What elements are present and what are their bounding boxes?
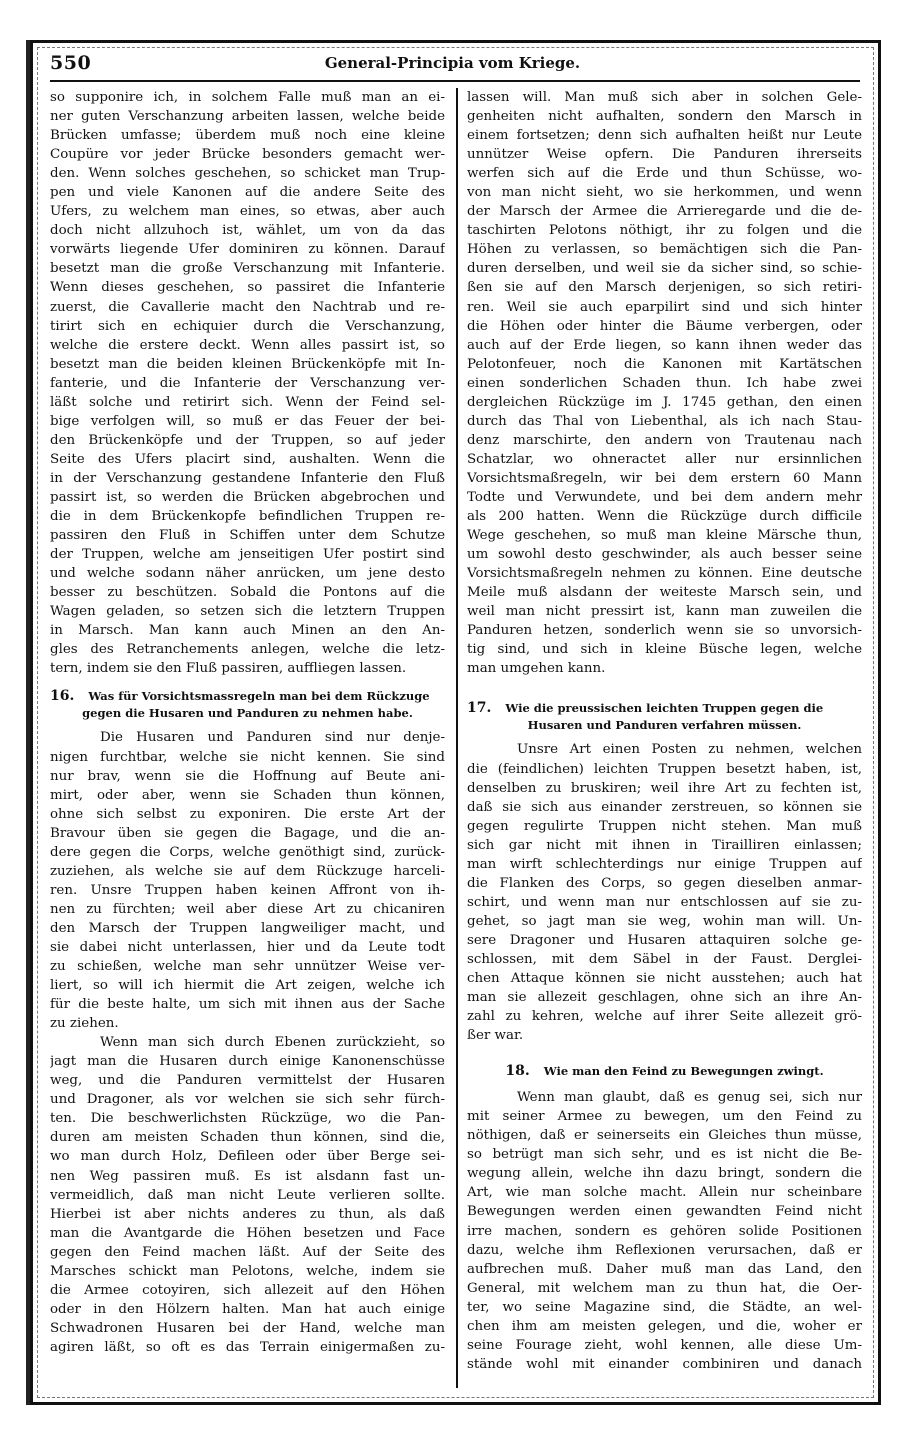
text-line: sich gar nicht mit ihnen in Tirailliren … xyxy=(467,836,862,855)
text-line: welche die erstere deckt. Wenn alles pas… xyxy=(50,336,445,355)
text-line: Wenn dieses geschehen, so passiret die I… xyxy=(50,278,445,297)
text-line: zu schießen, welche man sehr unnützer We… xyxy=(50,957,445,976)
text-line: doch nicht allzuhoch ist, wählet, um von… xyxy=(50,221,445,240)
text-line: zuziehen, als welche sie auf dem Rückzug… xyxy=(50,862,445,881)
text-line: den Brückenköpfe und der Truppen, so auf… xyxy=(50,431,445,450)
text-line: tern, indem sie den Fluß passiren, auffl… xyxy=(50,659,445,678)
section-title: Wie man den Feind zu Bewegungen zwingt. xyxy=(544,1064,824,1078)
paragraph: lassen will. Man muß sich aber in solche… xyxy=(467,88,862,678)
text-line: Bravour üben sie gegen die Bagage, und d… xyxy=(50,824,445,843)
text-line: gehet, so jagt man sie weg, wohin man wi… xyxy=(467,912,862,931)
text-line: Pelotonfeuer, noch die Kanonen mit Kartä… xyxy=(467,355,862,374)
text-line: besetzt man die beiden kleinen Brückenkö… xyxy=(50,355,445,374)
text-line: für die beste halte, um sich mit ihnen a… xyxy=(50,995,445,1014)
text-line: einen sonderlichen Schaden thun. Ich hab… xyxy=(467,374,862,393)
text-line: weil man nicht pressirt ist, kann man zu… xyxy=(467,602,862,621)
section-number: 17. xyxy=(467,700,491,716)
text-line: seine Fourage zieht, wohl kennen, alle d… xyxy=(467,1336,862,1355)
text-line: dergleichen Rückzüge im J. 1745 gethan, … xyxy=(467,393,862,412)
text-line: in Marsch. Man kann auch Minen an den An… xyxy=(50,621,445,640)
text-line: man sie allezeit geschlagen, ohne sich a… xyxy=(467,988,862,1007)
text-line: Bewegungen werden einen gewandten Feind … xyxy=(467,1202,862,1221)
text-line: man wirft schlechterdings nur einige Tru… xyxy=(467,855,862,874)
text-line: fanterie, und die Infanterie der Verscha… xyxy=(50,374,445,393)
text-line: chen ihm am meisten gelegen, und die, wo… xyxy=(467,1317,862,1336)
text-line: Art, wie man solche macht. Allein nur sc… xyxy=(467,1183,862,1202)
text-line: mit seiner Armee zu bewegen, um den Fein… xyxy=(467,1107,862,1126)
text-line: chen Attaque können sie nicht ausstehen;… xyxy=(467,969,862,988)
text-line: ßer war. xyxy=(467,1026,862,1045)
text-line: dere gegen die Corps, welche genöthigt s… xyxy=(50,843,445,862)
text-line: Meile muß alsdann der weiteste Marsch se… xyxy=(467,583,862,602)
text-line: Wagen geladen, so setzen sich die letzte… xyxy=(50,602,445,621)
section-title-line: Wie die preussischen leichten Truppen ge… xyxy=(505,701,823,715)
text-line: die in dem Brückenkopfe befindlichen Tru… xyxy=(50,507,445,526)
text-line: der Truppen, welche am jenseitigen Ufer … xyxy=(50,545,445,564)
text-line: zuerst, die Cavallerie macht den Nachtra… xyxy=(50,298,445,317)
section-heading-18: 18. Wie man den Feind zu Bewegungen zwin… xyxy=(467,1063,862,1080)
text-line: einem fortsetzen; denn sich aufhalten he… xyxy=(467,126,862,145)
text-line: genheiten nicht aufhalten, sondern den M… xyxy=(467,107,862,126)
text-line: liert, so will ich hiermit die Art zeige… xyxy=(50,976,445,995)
text-line: sere Dragoner und Husaren attaquiren sol… xyxy=(467,931,862,950)
text-line: denselben zu bruskiren; weil ihre Art zu… xyxy=(467,779,862,798)
text-line: um sowohl desto geschwinder, als auch be… xyxy=(467,545,862,564)
text-line: gegen den Feind machen läßt. Auf der Sei… xyxy=(50,1243,445,1262)
text-line: Hierbei ist aber nichts anderes zu thun,… xyxy=(50,1205,445,1224)
text-columns: so supponire ich, in solchem Falle muß m… xyxy=(50,88,860,1388)
text-line: gles des Retranchements anlegen, welche … xyxy=(50,640,445,659)
header-rule xyxy=(50,80,860,82)
text-line: Höhen zu verlassen, so bemächtigen sich … xyxy=(467,240,862,259)
text-line: oder in den Hölzern halten. Man hat auch… xyxy=(50,1300,445,1319)
page-header: 550 General-Principia vom Kriege. xyxy=(50,52,855,78)
running-title: General-Principia vom Kriege. xyxy=(50,54,855,72)
paragraph: so supponire ich, in solchem Falle muß m… xyxy=(50,88,445,678)
text-line: General, mit welchem man zu thun hat, di… xyxy=(467,1279,862,1298)
text-line: vorwärts liegende Ufer dominiren zu könn… xyxy=(50,240,445,259)
text-line: mirt, oder aber, wenn sie Schaden thun k… xyxy=(50,786,445,805)
text-line: nur brav, wenn sie die Hoffnung auf Beut… xyxy=(50,767,445,786)
paragraph: Die Husaren und Panduren sind nur denje-… xyxy=(50,728,445,1033)
text-line: Ufers, zu welchem man eines, so etwas, a… xyxy=(50,202,445,221)
text-line: Seite des Ufers placirt sind, aushalten.… xyxy=(50,450,445,469)
text-line: auch auf der Erde liegen, so kann ihnen … xyxy=(467,336,862,355)
text-line: Wenn man glaubt, daß es genug sei, sich … xyxy=(467,1088,862,1107)
text-line: ren. Unsre Truppen haben keinen Affront … xyxy=(50,881,445,900)
text-line: von man nicht sieht, wo sie herkommen, u… xyxy=(467,183,862,202)
text-line: passiren den Fluß in Schiffen unter dem … xyxy=(50,526,445,545)
text-line: taschirten Pelotons nöthigt, ihr zu folg… xyxy=(467,221,862,240)
text-line: die Armee cotoyiren, sich allezeit auf d… xyxy=(50,1281,445,1300)
paragraph: Unsre Art einen Posten zu nehmen, welche… xyxy=(467,740,862,1045)
text-line: wegung allein, welche ihn dazu bringt, s… xyxy=(467,1164,862,1183)
text-line: irre machen, sondern es gehören solide P… xyxy=(467,1222,862,1241)
text-line: wo man durch Holz, Defileen oder über Be… xyxy=(50,1147,445,1166)
text-line: daß sie sich aus einander zerstreuen, so… xyxy=(467,798,862,817)
left-column: so supponire ich, in solchem Falle muß m… xyxy=(50,88,445,1357)
text-line: Todte und Verwundete, und bei dem andern… xyxy=(467,488,862,507)
text-line: so betrügt man sich sehr, und es ist nic… xyxy=(467,1145,862,1164)
text-line: schlossen, mit dem Säbel in der Faust. D… xyxy=(467,950,862,969)
text-line: werfen sich auf die Erde und thun Schüss… xyxy=(467,164,862,183)
text-line: aufbrechen muß. Daher muß man das Land, … xyxy=(467,1260,862,1279)
text-line: Coupüre vor jeder Brücke besonders gemac… xyxy=(50,145,445,164)
text-line: die Flanken des Corps, so gegen dieselbe… xyxy=(467,874,862,893)
text-line: nigen furchtbar, welche sie nicht kennen… xyxy=(50,748,445,767)
section-title-line: gegen die Husaren und Panduren zu nehmen… xyxy=(50,705,445,722)
text-line: weg, und die Panduren vermittelst der Hu… xyxy=(50,1071,445,1090)
paragraph: Wenn man sich durch Ebenen zurückzieht, … xyxy=(50,1033,445,1357)
text-line: tig sind, und sich in kleine Büsche lege… xyxy=(467,640,862,659)
text-line: als 200 hatten. Wenn die Rückzüge durch … xyxy=(467,507,862,526)
section-number: 18. xyxy=(505,1063,529,1079)
text-line: zu ziehen. xyxy=(50,1014,445,1033)
text-line: die (feindlichen) leichten Truppen beset… xyxy=(467,760,862,779)
text-line: ßen sie auf den Marsch derjenigen, so si… xyxy=(467,278,862,297)
section-heading-17: 17. Wie die preussischen leichten Truppe… xyxy=(467,700,862,734)
section-number: 16. xyxy=(50,688,74,704)
text-line: den. Wenn solches geschehen, so schicket… xyxy=(50,164,445,183)
text-line: Wenn man sich durch Ebenen zurückzieht, … xyxy=(50,1033,445,1052)
text-line: Brücken umfasse; überdem muß noch eine k… xyxy=(50,126,445,145)
text-line: Unsre Art einen Posten zu nehmen, welche… xyxy=(467,740,862,759)
section-heading-16: 16. Was für Vorsichtsmassregeln man bei … xyxy=(50,688,445,722)
text-line: ren. Weil sie auch eparpilirt sind und s… xyxy=(467,298,862,317)
text-line: besetzt man die große Verschanzung mit I… xyxy=(50,259,445,278)
text-line: Vorsichtsmaßregeln nehmen zu können. Ein… xyxy=(467,564,862,583)
text-line: ten. Die beschwerlichsten Rückzüge, wo d… xyxy=(50,1109,445,1128)
text-line: schirt, und wenn man nur entschlossen au… xyxy=(467,893,862,912)
text-line: Panduren hetzen, sonderlich wenn sie so … xyxy=(467,621,862,640)
text-line: und Dragoner, als vor welchen sie sich s… xyxy=(50,1090,445,1109)
text-line: ter, wo seine Magazine sind, die Städte,… xyxy=(467,1298,862,1317)
text-line: den Marsch der Truppen langweiliger mach… xyxy=(50,919,445,938)
text-line: ner guten Verschanzung arbeiten lassen, … xyxy=(50,107,445,126)
text-line: pen und viele Kanonen auf die andere Sei… xyxy=(50,183,445,202)
text-line: dazu, welche ihm Reflexionen verursachen… xyxy=(467,1241,862,1260)
text-line: lassen will. Man muß sich aber in solche… xyxy=(467,88,862,107)
right-column: lassen will. Man muß sich aber in solche… xyxy=(467,88,862,1374)
text-line: besser zu beschützen. Sobald die Pontons… xyxy=(50,583,445,602)
text-line: duren derselben, und weil sie da sicher … xyxy=(467,259,862,278)
text-line: unnützer Weise opfern. Die Panduren ihre… xyxy=(467,145,862,164)
text-line: bige verfolgen will, so muß er das Feuer… xyxy=(50,412,445,431)
section-title-line: Husaren und Panduren verfahren müssen. xyxy=(467,717,862,734)
text-line: man umgehen kann. xyxy=(467,659,862,678)
text-line: tirirt sich en echiquier durch die Versc… xyxy=(50,317,445,336)
text-line: denz marschirte, den andern von Trautena… xyxy=(467,431,862,450)
text-line: agiren läßt, so oft es das Terrain einig… xyxy=(50,1338,445,1357)
column-divider xyxy=(456,88,458,1388)
text-line: man die Avantgarde die Höhen besetzen un… xyxy=(50,1224,445,1243)
text-line: so supponire ich, in solchem Falle muß m… xyxy=(50,88,445,107)
text-line: nen Weg passiren muß. Es ist alsdann fas… xyxy=(50,1167,445,1186)
text-line: passirt ist, so werden die Brücken abgeb… xyxy=(50,488,445,507)
text-line: ohne sich selbst zu exponiren. Die erste… xyxy=(50,805,445,824)
text-line: nen zu fürchten; weil aber diese Art zu … xyxy=(50,900,445,919)
text-line: jagt man die Husaren durch einige Kanone… xyxy=(50,1052,445,1071)
text-line: die Höhen oder hinter die Bäume verberge… xyxy=(467,317,862,336)
text-line: stände wohl mit einander combiniren und … xyxy=(467,1355,862,1374)
text-line: Schwadronen Husaren bei der Hand, welche… xyxy=(50,1319,445,1338)
text-line: Vorsichtsmaßregeln, wir bei dem erstern … xyxy=(467,469,862,488)
text-line: sie dabei nicht unterlassen, hier und da… xyxy=(50,938,445,957)
text-line: gegen regulirte Truppen nicht stehen. Ma… xyxy=(467,817,862,836)
text-line: vermeidlich, daß man nicht Leute verlier… xyxy=(50,1186,445,1205)
text-line: durch das Thal von Liebenthal, als ich n… xyxy=(467,412,862,431)
text-line: in der Verschanzung gestandene Infanteri… xyxy=(50,469,445,488)
text-line: nöthigen, daß er seinerseits ein Gleiche… xyxy=(467,1126,862,1145)
section-title-line: Was für Vorsichtsmassregeln man bei dem … xyxy=(88,689,429,703)
text-line: zahl zu kehren, welche auf ihrer Seite a… xyxy=(467,1007,862,1026)
text-line: Marsches schickt man Pelotons, welche, i… xyxy=(50,1262,445,1281)
text-line: Wege geschehen, so muß man kleine Märsch… xyxy=(467,526,862,545)
text-line: und welche sodann näher anrücken, um jen… xyxy=(50,564,445,583)
text-line: Die Husaren und Panduren sind nur denje- xyxy=(50,728,445,747)
paragraph: Wenn man glaubt, daß es genug sei, sich … xyxy=(467,1088,862,1374)
text-line: duren am meisten Schaden thun können, si… xyxy=(50,1128,445,1147)
text-line: der Marsch der Armee die Arrieregarde un… xyxy=(467,202,862,221)
text-line: läßt solche und retirirt sich. Wenn der … xyxy=(50,393,445,412)
text-line: Schatzlar, wo ohneractet aller nur ersin… xyxy=(467,450,862,469)
